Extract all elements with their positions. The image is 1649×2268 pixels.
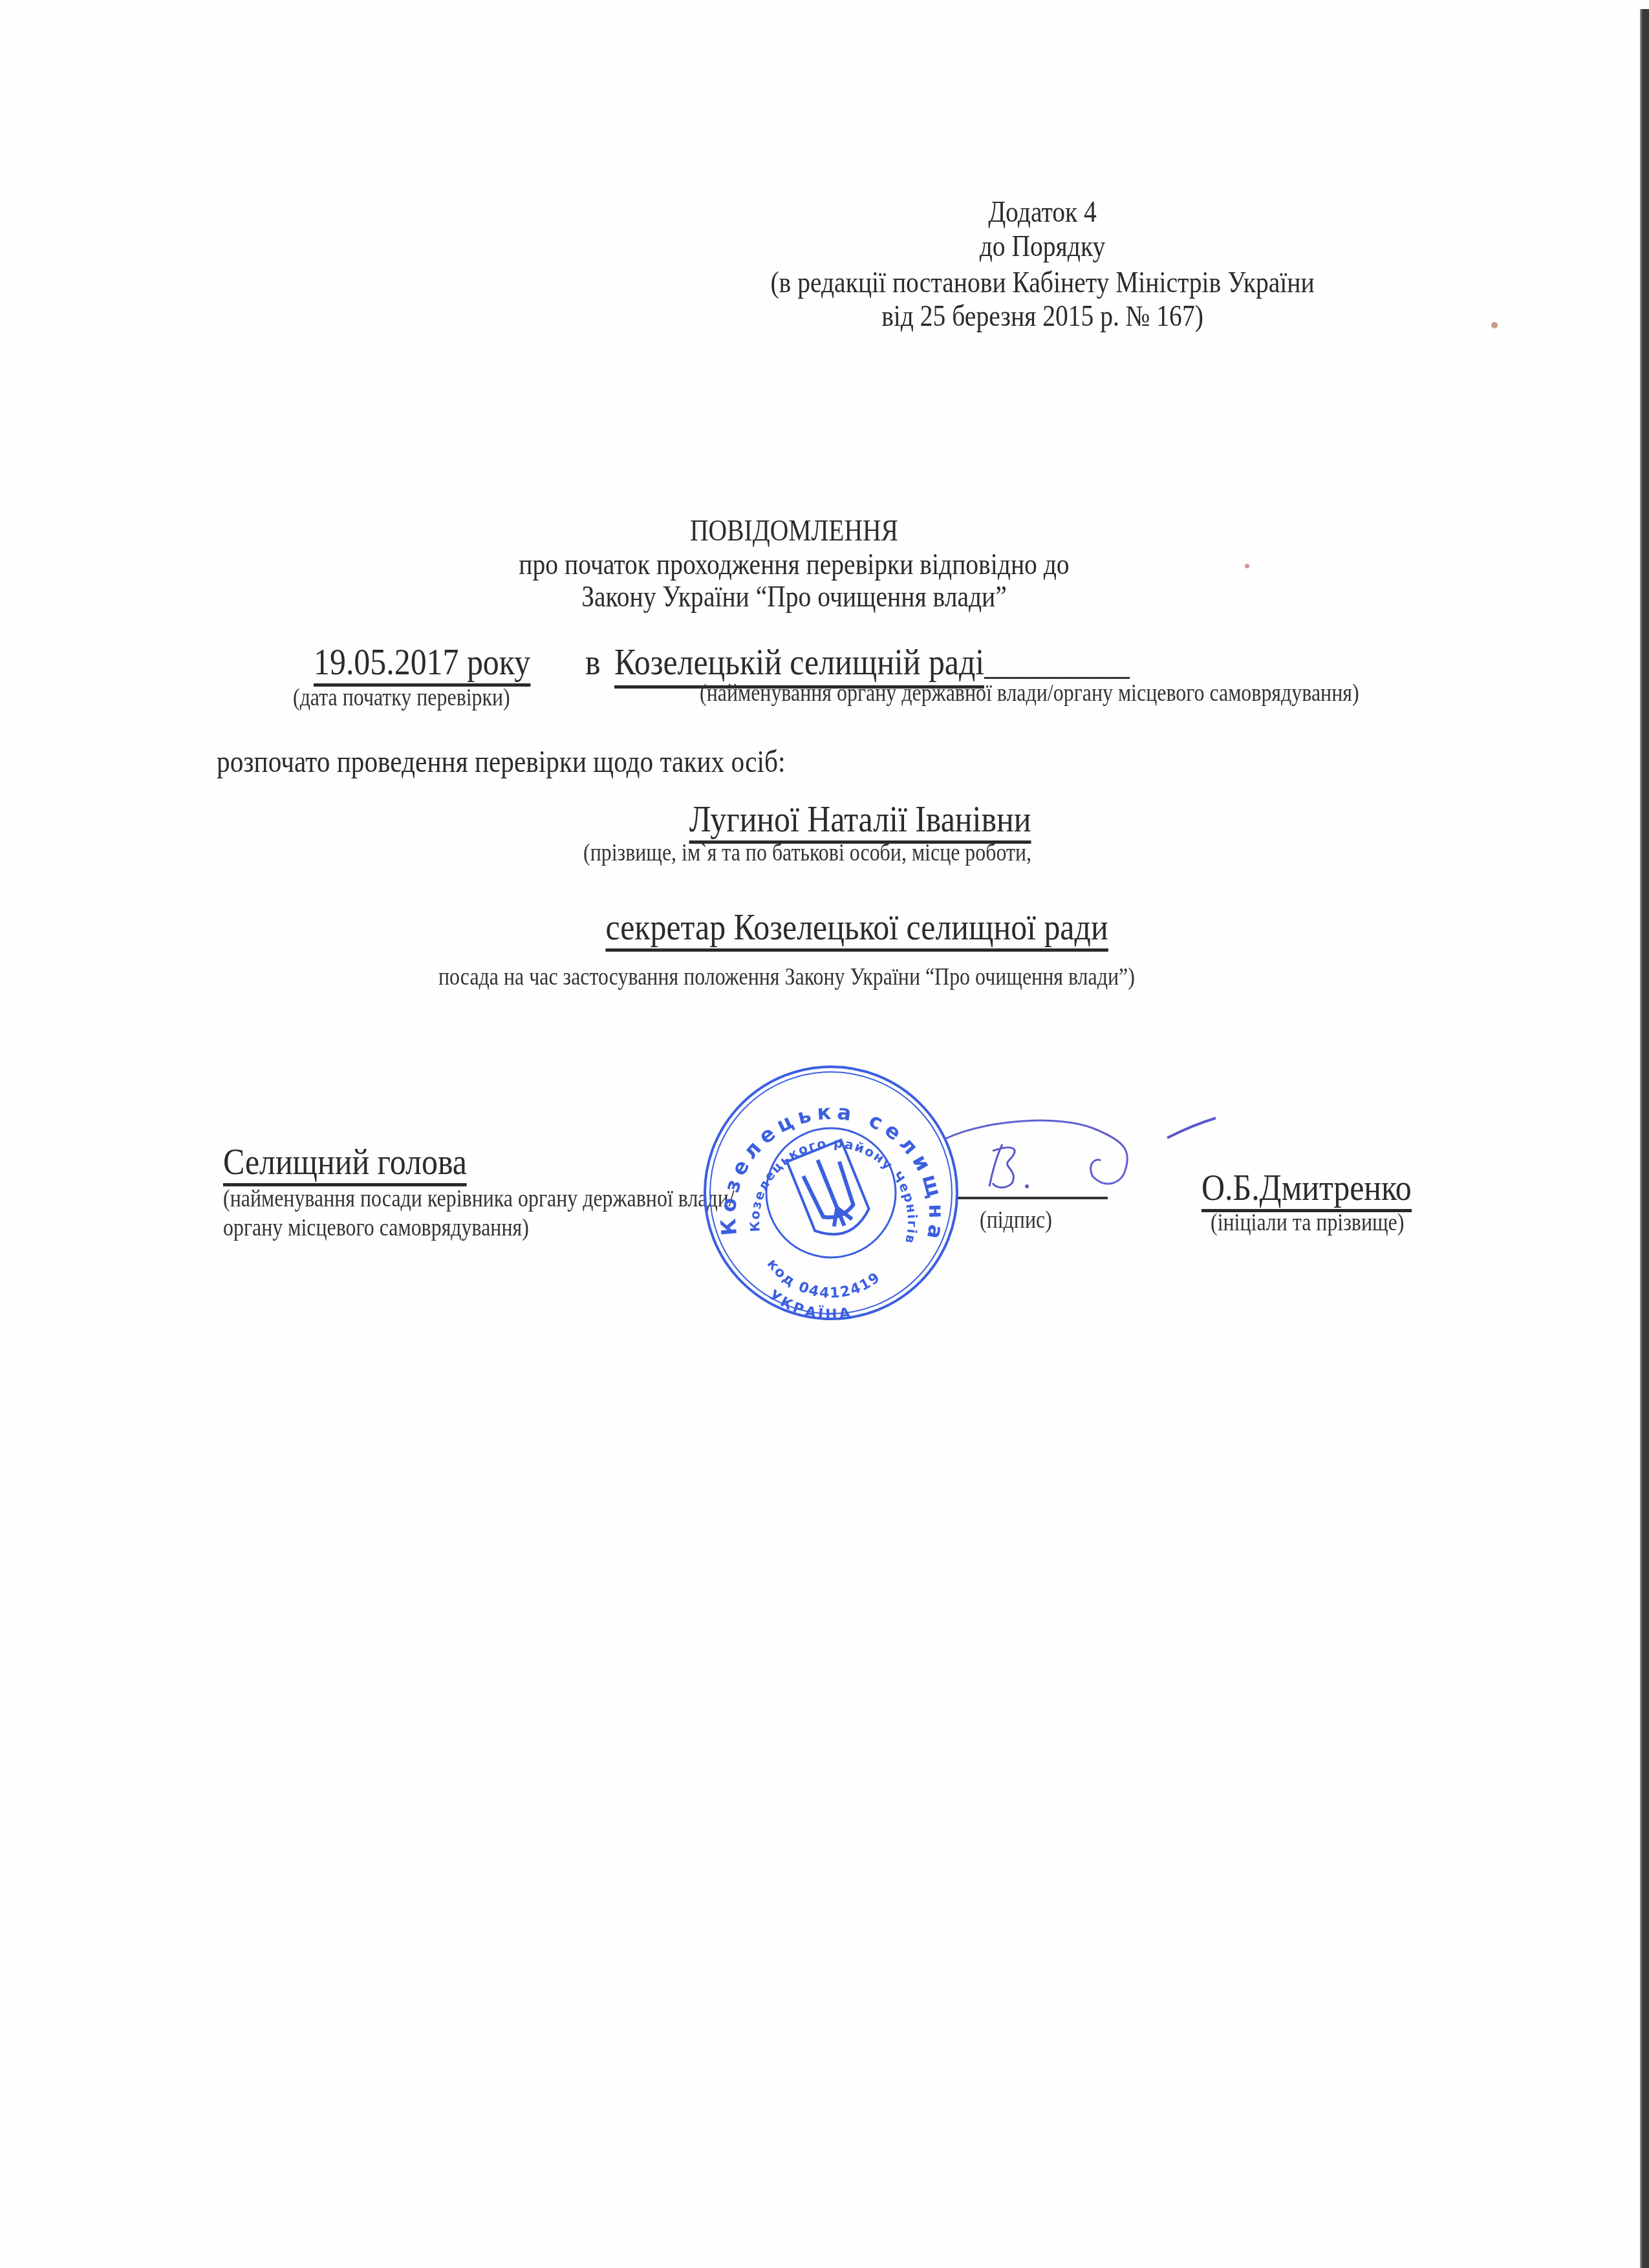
preposition: в — [585, 643, 601, 681]
date-caption: (дата початку перевірки) — [293, 685, 510, 710]
head-title: Селищний голова — [223, 1143, 467, 1186]
head-caption-2: органу місцевого самоврядування) — [223, 1215, 529, 1240]
appendix-order: до Порядку — [980, 231, 1106, 261]
scan-edge — [1640, 9, 1649, 2268]
head-name: О.Б.Дмитренко — [1202, 1169, 1412, 1212]
authority-blank: _________ — [984, 641, 1129, 683]
check-start-date: 19.05.2017 року — [314, 643, 530, 687]
official-stamp: Козелецька селищна рада Козелецького рай… — [698, 1060, 964, 1325]
notice-subtitle-2: Закону України “Про очищення влади” — [581, 582, 1007, 612]
person-position: секретар Козелецької селищної ради — [605, 908, 1108, 952]
signature-mark — [931, 1099, 1216, 1209]
authority-caption: (найменування органу державної влади/орг… — [700, 681, 1359, 705]
document-page: Додаток 4 до Порядку (в редакції постано… — [0, 0, 1649, 2268]
signature-caption: (підпис) — [980, 1208, 1052, 1232]
authority-name: Козелецькій селищній раді_________ — [614, 643, 1130, 681]
person-position-caption: посада на час застосування положення Зак… — [438, 965, 1135, 989]
persons-intro: розпочато проведення перевірки щодо таки… — [217, 747, 785, 778]
scan-speck — [1491, 322, 1498, 328]
notice-subtitle-1: про початок проходження перевірки відпов… — [519, 550, 1069, 579]
person-name: Лугиної Наталії Іванівни — [689, 800, 1031, 844]
appendix-number: Додаток 4 — [988, 197, 1097, 227]
notice-heading: ПОВІДОМЛЕННЯ — [690, 516, 898, 546]
appendix-resolution: від 25 березня 2015 р. № 167) — [881, 301, 1203, 331]
scan-speck — [1245, 564, 1249, 568]
appendix-edition: (в редакції постанови Кабінету Міністрів… — [770, 268, 1314, 297]
head-name-caption: (ініціали та прізвище) — [1211, 1210, 1404, 1235]
person-name-caption: (прізвище, ім`я та по батькові особи, мі… — [583, 840, 1031, 865]
head-caption-1: (найменування посади керівника органу де… — [223, 1186, 735, 1211]
